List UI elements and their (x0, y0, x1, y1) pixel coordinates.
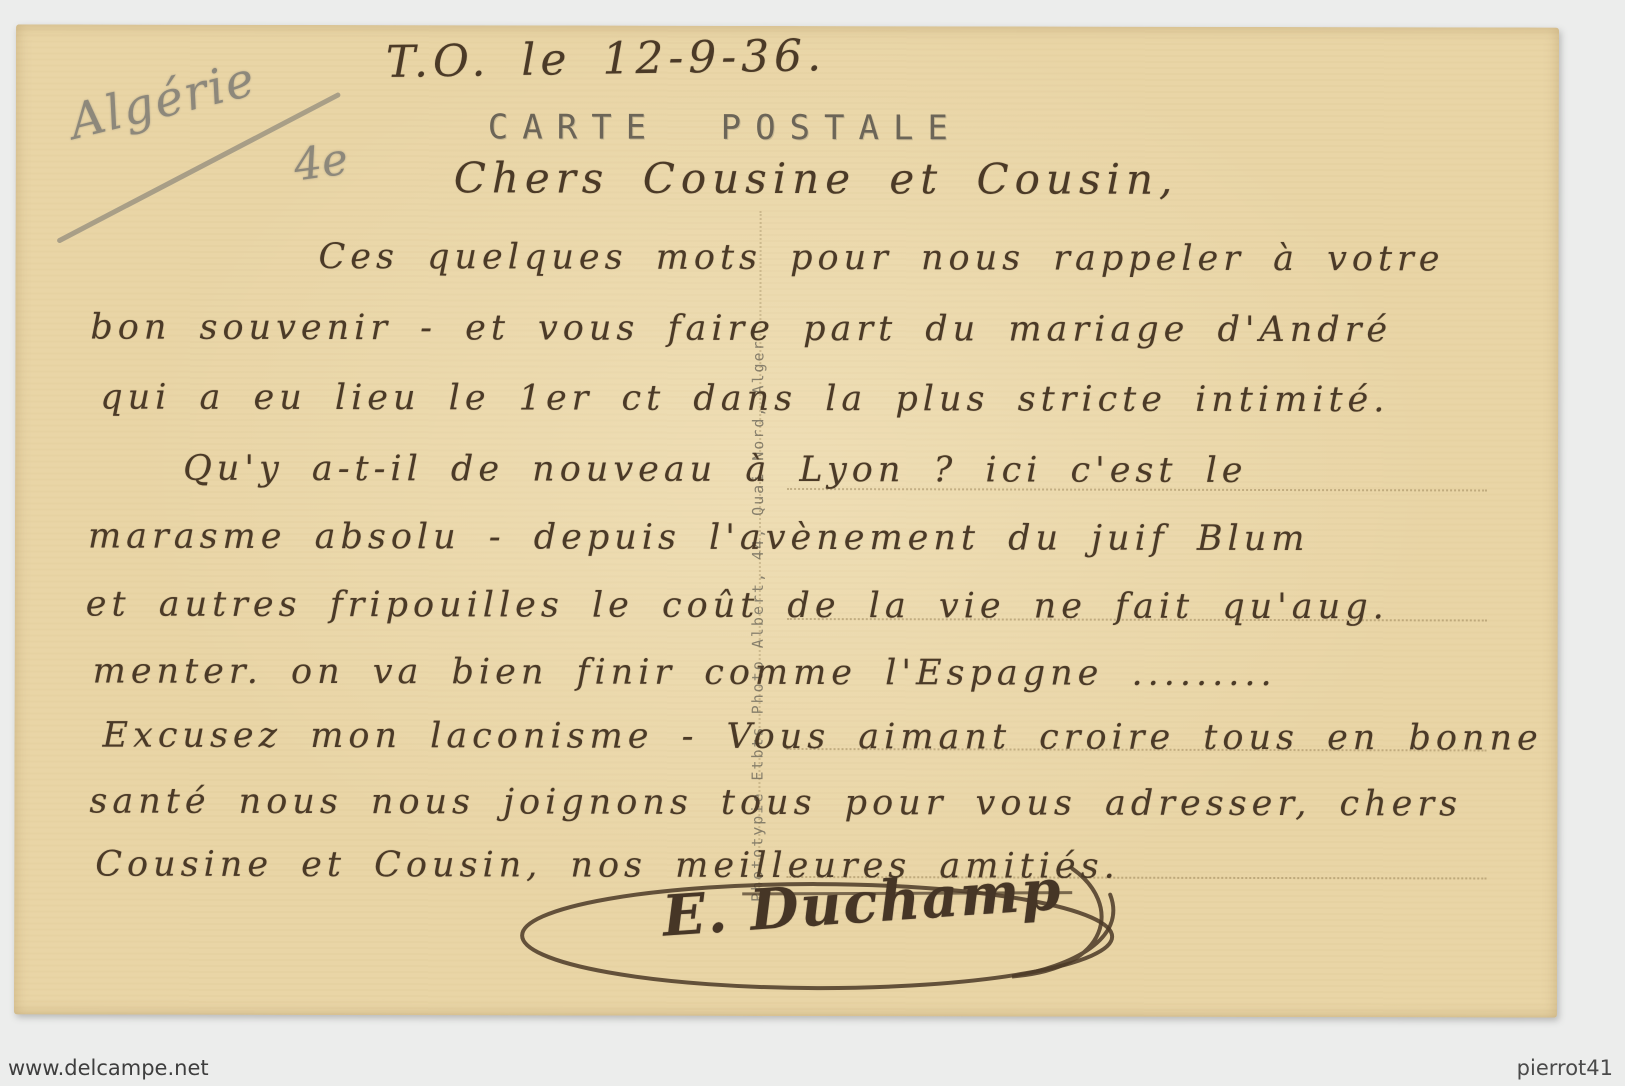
message-line: qui a eu lieu le 1er ct dans la plus str… (100, 378, 1389, 421)
pencil-price-note: 4e (291, 134, 352, 192)
postcard-back: Algérie 4e T.O. le 12-9-36. CARTE POSTAL… (14, 24, 1559, 1017)
message-line: marasme absolu - depuis l'avènement du j… (88, 517, 1310, 560)
message-line: Qu'y a-t-il de nouveau à Lyon ? ici c'es… (183, 449, 1247, 491)
watermark-seller: pierrot41 (1517, 1056, 1613, 1080)
carte-postale-title: CARTE POSTALE (488, 107, 962, 148)
message-line: bon souvenir - et vous faire part du mar… (90, 308, 1392, 351)
signature-area: E. Duchamp (512, 847, 1152, 1008)
message-line: Ces quelques mots pour nous rappeler à v… (319, 237, 1445, 279)
message-line: menter. on va bien finir comme l'Espagne… (93, 652, 1277, 694)
message-line: santé nous nous joignons tous pour vous … (89, 782, 1462, 825)
message-line: Excusez mon laconisme - Vous aimant croi… (103, 716, 1543, 759)
message-line: et autres fripouilles le coût de la vie … (86, 585, 1389, 628)
message-salutation: Chers Cousine et Cousin, (454, 153, 1179, 204)
handwritten-date: T.O. le 12-9-36. (386, 30, 827, 88)
watermark-delcampe: www.delcampe.net (8, 1056, 209, 1080)
